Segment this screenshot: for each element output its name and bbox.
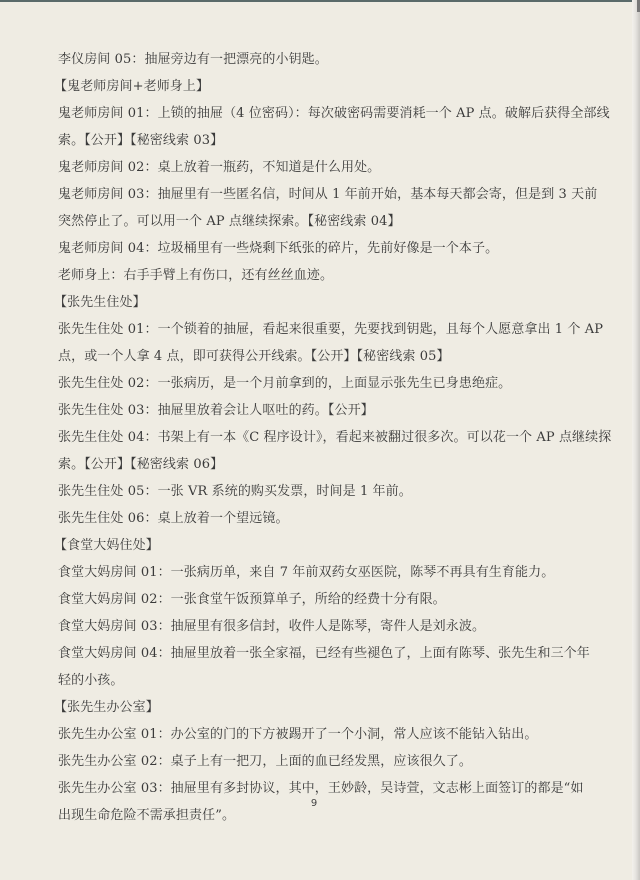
section-heading-canteen-auntie-residence: 【食堂大妈住处】	[54, 532, 588, 559]
text-line: 食堂大妈房间 02：一张食堂午饭预算单子，所给的经费十分有限。	[58, 586, 588, 613]
text-line: 食堂大妈房间 04：抽屉里放着一张全家福，已经有些褪色了，上面有陈琴、张先生和三…	[58, 640, 588, 667]
text-line: 鬼老师房间 01：上锁的抽屉（4 位密码）：每次破密码需要消耗一个 AP 点。破…	[58, 100, 588, 127]
text-line: 张先生住处 06：桌上放着一个望远镜。	[58, 505, 588, 532]
text-line: 轻的小孩。	[58, 667, 588, 694]
scan-top-edge	[0, 0, 640, 2]
text-line: 突然停止了。可以用一个 AP 点继续探索。【秘密线索 04】	[58, 208, 588, 235]
text-line: 鬼老师房间 02：桌上放着一瓶药，不知道是什么用处。	[58, 154, 588, 181]
text-line: 食堂大妈房间 01：一张病历单，来自 7 年前双药女巫医院，陈琴不再具有生育能力…	[58, 559, 588, 586]
text-line: 张先生住处 01：一个锁着的抽屉，看起来很重要，先要找到钥匙，且每个人愿意拿出 …	[58, 316, 588, 343]
text-line: 张先生办公室 02：桌子上有一把刀，上面的血已经发黑，应该很久了。	[58, 748, 588, 775]
text-line: 索。【公开】【秘密线索 03】	[58, 127, 588, 154]
text-line: 张先生办公室 01：办公室的门的下方被踢开了一个小洞，常人应该不能钻入钻出。	[58, 721, 588, 748]
text-line: 张先生住处 02：一张病历，是一个月前拿到的，上面显示张先生已身患绝症。	[58, 370, 588, 397]
text-line: 老师身上：右手手臂上有伤口，还有丝丝血迹。	[58, 262, 588, 289]
section-heading-mr-zhang-residence: 【张先生住处】	[54, 289, 588, 316]
page-number: 9	[304, 798, 324, 809]
text-line: 点，或一个人拿 4 点，即可获得公开线索。【公开】【秘密线索 05】	[58, 343, 588, 370]
section-heading-ghost-teacher: 【鬼老师房间+老师身上】	[54, 73, 588, 100]
text-line: 张先生住处 03：抽屉里放着会让人呕吐的药。【公开】	[58, 397, 588, 424]
page-body: 李仪房间 05：抽屉旁边有一把漂亮的小钥匙。 【鬼老师房间+老师身上】 鬼老师房…	[58, 46, 588, 829]
text-line: 张先生住处 04：书架上有一本《C 程序设计》，看起来被翻过很多次。可以花一个 …	[58, 424, 588, 451]
text-line: 鬼老师房间 04：垃圾桶里有一些烧剩下纸张的碎片，先前好像是一个本子。	[58, 235, 588, 262]
text-line: 食堂大妈房间 03：抽屉里有很多信封，收件人是陈琴，寄件人是刘永波。	[58, 613, 588, 640]
scanned-page: 李仪房间 05：抽屉旁边有一把漂亮的小钥匙。 【鬼老师房间+老师身上】 鬼老师房…	[0, 0, 640, 880]
section-heading-mr-zhang-office: 【张先生办公室】	[54, 694, 588, 721]
scan-right-edge	[632, 0, 640, 880]
text-line: 索。【公开】【秘密线索 06】	[58, 451, 588, 478]
text-line: 李仪房间 05：抽屉旁边有一把漂亮的小钥匙。	[58, 46, 588, 73]
text-line: 鬼老师房间 03：抽屉里有一些匿名信，时间从 1 年前开始，基本每天都会寄，但是…	[58, 181, 588, 208]
text-line: 张先生住处 05：一张 VR 系统的购买发票，时间是 1 年前。	[58, 478, 588, 505]
